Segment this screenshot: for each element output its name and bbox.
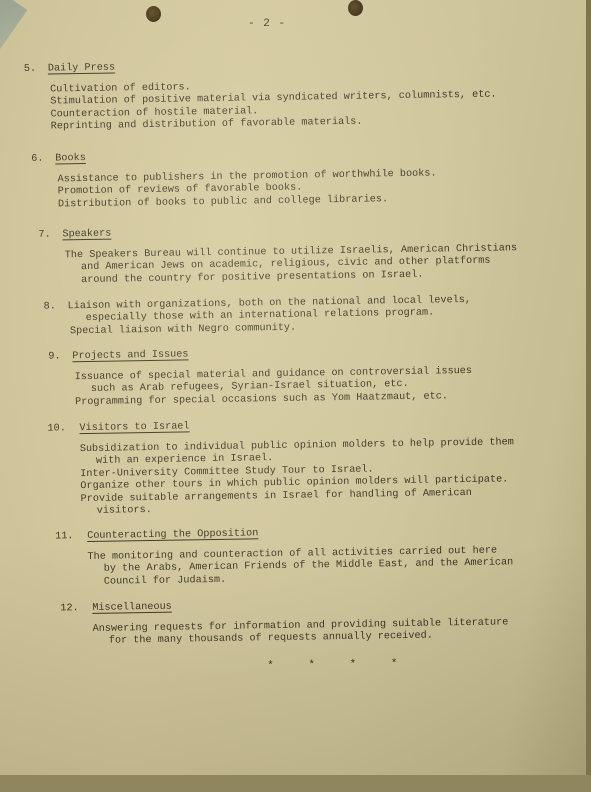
page-edge: [586, 0, 591, 792]
section-body: Subsidization to individual public opini…: [80, 437, 515, 518]
section-body: Cultivation of editors. Stimulation of p…: [50, 78, 497, 135]
section-number: 6.: [31, 153, 55, 164]
section-visitors-to-israel: 10. Visitors to Israel Subsidization to …: [47, 416, 515, 519]
section-body: especially those with an international r…: [70, 307, 472, 338]
section-number: 7.: [38, 229, 62, 240]
section-title: Daily Press: [48, 63, 115, 75]
section-liaison: 8. Liaison with organizations, both on t…: [43, 295, 471, 339]
section-body: Assistance to publishers in the promotio…: [57, 168, 437, 211]
end-mark: * * * *: [267, 658, 411, 672]
section-body: The Speakers Bureau will continue to uti…: [65, 243, 518, 287]
section-number: 10.: [47, 423, 79, 435]
section-number: 8.: [43, 301, 67, 314]
section-title: Projects and Issues: [72, 349, 188, 362]
section-projects-and-issues: 9. Projects and Issues Issuance of speci…: [48, 345, 472, 410]
section-body: Answering requests for information and p…: [93, 617, 509, 648]
section-title: Counteracting the Opposition: [87, 528, 258, 542]
section-body: The monitoring and counteraction of all …: [87, 545, 513, 589]
section-counteracting-the-opposition: 11. Counteracting the Opposition The mon…: [55, 524, 513, 589]
section-title: Speakers: [62, 229, 111, 241]
section-number: 5.: [24, 64, 48, 75]
section-speakers: 7. Speakers The Speakers Bureau will con…: [38, 222, 517, 288]
section-title: Visitors to Israel: [79, 421, 189, 434]
section-title: Books: [55, 153, 86, 164]
section-miscellaneous: 12. Miscellaneous Answering requests for…: [60, 596, 508, 649]
section-number: 12.: [60, 603, 92, 615]
section-number: 9.: [48, 351, 72, 362]
document-body: 5. Daily Press Cultivation of editors. S…: [0, 0, 586, 775]
background-surface: [0, 775, 591, 792]
section-body: Issuance of special material and guidanc…: [75, 366, 473, 409]
section-number: 11.: [55, 531, 87, 543]
section-daily-press: 5. Daily Press Cultivation of editors. S…: [24, 57, 497, 135]
document-page: - 2 - 5. Daily Press Cultivation of edit…: [0, 0, 586, 775]
section-title: Miscellaneous: [92, 602, 172, 614]
section-books: 6. Books Assistance to publishers in the…: [31, 147, 437, 212]
